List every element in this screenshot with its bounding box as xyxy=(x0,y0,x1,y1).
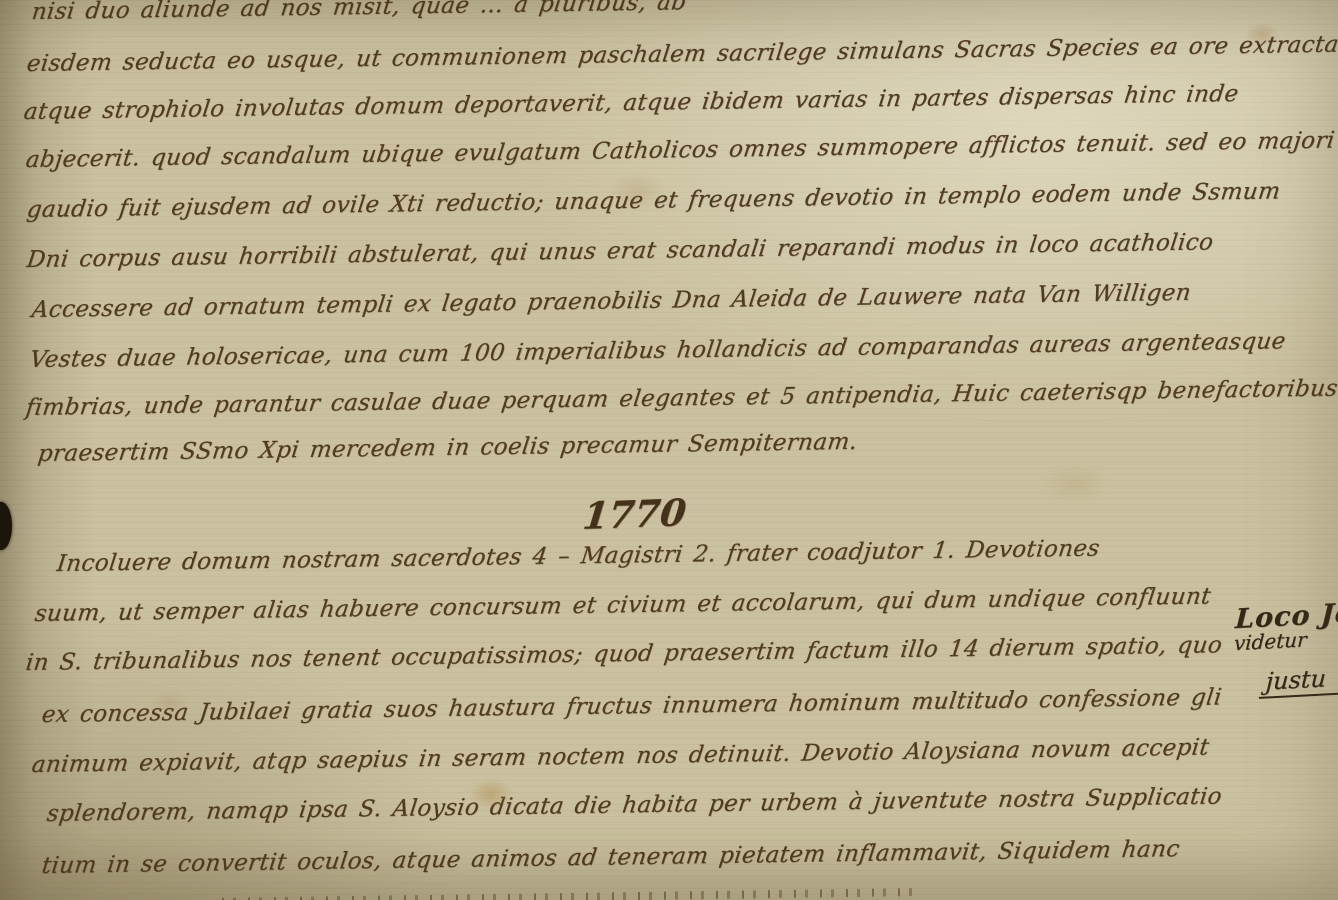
clipped-bottom-line-strokes xyxy=(222,888,912,900)
manuscript-line: splendorem, namqp ipsa S. Aloysio dicata… xyxy=(45,783,1224,829)
manuscript-line: Vestes duae holosericae, una cum 100 imp… xyxy=(28,327,1287,374)
manuscript-line: tium in se convertit oculos, atque animo… xyxy=(40,835,1181,881)
paper-stain xyxy=(1040,462,1110,506)
manuscript-line: abjecerit. quod scandalum ubique evulgat… xyxy=(24,127,1336,175)
manuscript-line: ex concessa Jubilaei gratia suos haustur… xyxy=(40,683,1223,729)
manuscript-line: Accessere ad ornatum templi ex legato pr… xyxy=(30,279,1193,325)
manuscript-line: Dni corpus ausu horribili abstulerat, qu… xyxy=(25,228,1215,274)
manuscript-line: fimbrias, unde parantur casulae duae per… xyxy=(24,374,1338,422)
margin-note: Loco Jo videtur justu xyxy=(1231,596,1338,701)
manuscript-line: atque strophiolo involutas domum deporta… xyxy=(22,80,1240,127)
manuscript-page-photo: nisi duo aliunde ad nos misit, quae … a … xyxy=(0,0,1338,900)
manuscript-line: in S. tribunalibus nos tenent occupatiss… xyxy=(24,631,1224,678)
manuscript-line: gaudio fuit ejusdem ad ovile Xti reducti… xyxy=(25,177,1282,224)
year-heading: 1770 xyxy=(581,490,689,538)
manuscript-line: praesertim SSmo Xpi mercedem in coelis p… xyxy=(36,428,859,469)
manuscript-line: suum, ut semper alias habuere concursum … xyxy=(33,582,1213,628)
manuscript-line: nisi duo aliunde ad nos misit, quae … a … xyxy=(30,0,688,27)
ink-blot-left-edge xyxy=(0,502,12,550)
margin-note-line-underlined: justu xyxy=(1259,661,1338,699)
manuscript-line: eisdem seducta eo usque, ut communionem … xyxy=(25,30,1338,78)
manuscript-line: Incoluere domum nostram sacerdotes 4 – M… xyxy=(55,534,1101,578)
manuscript-line: animum expiavit, atqp saepius in seram n… xyxy=(30,733,1211,779)
